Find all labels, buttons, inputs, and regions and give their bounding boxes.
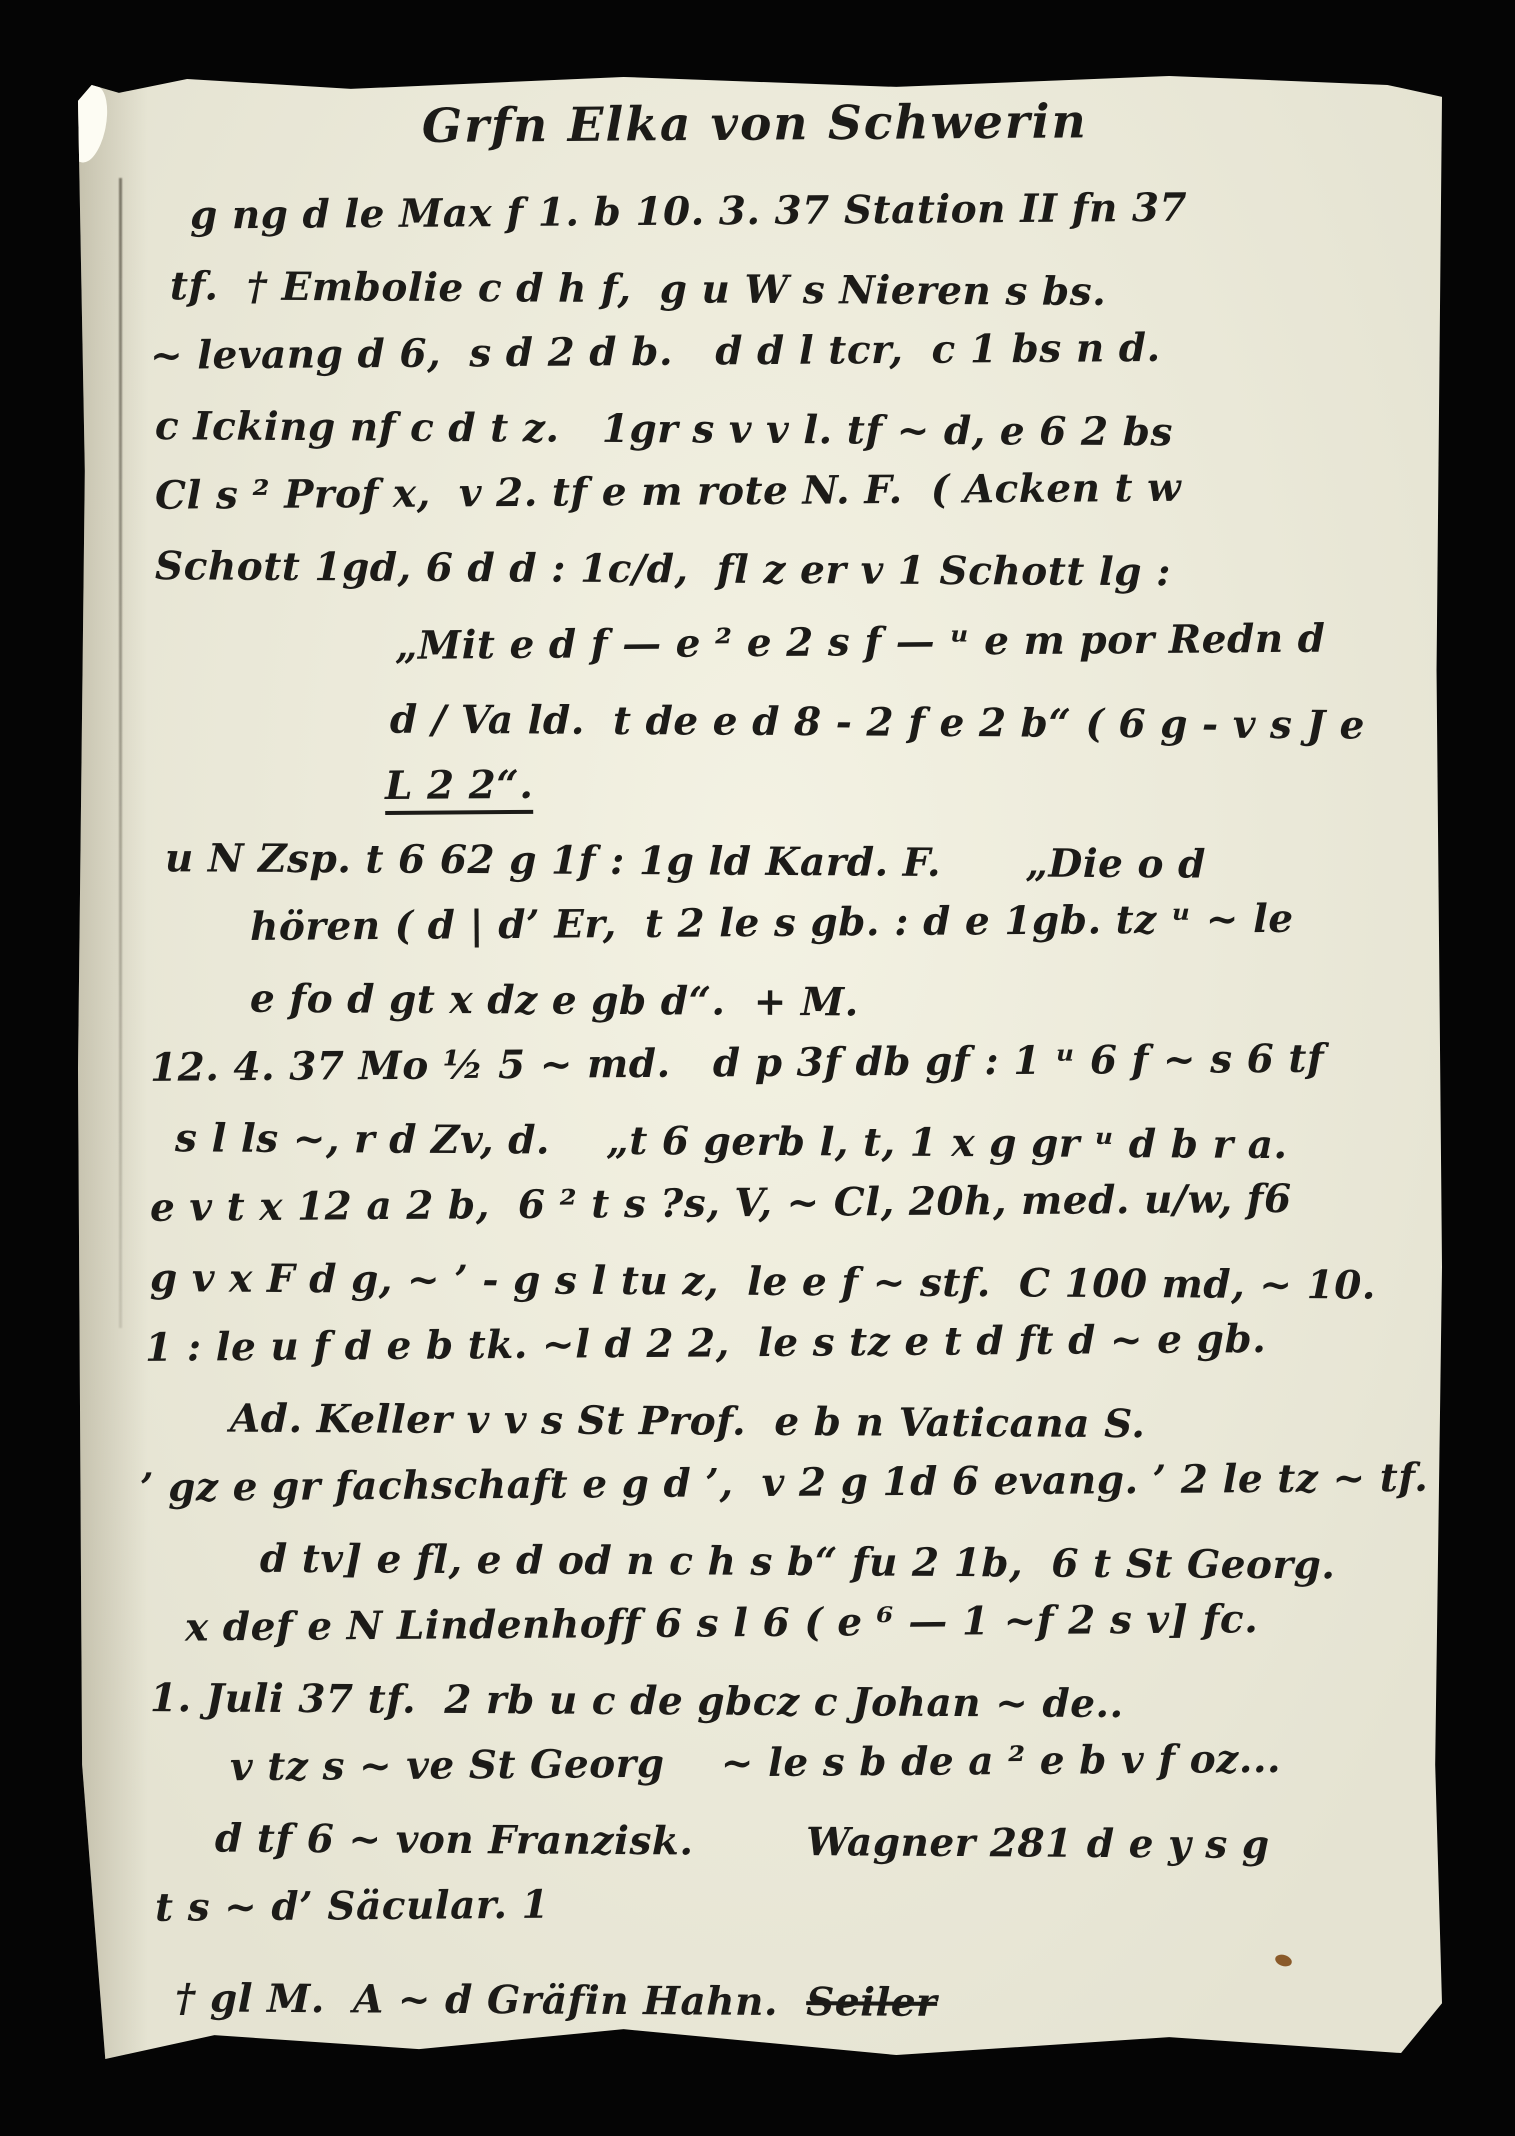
manuscript-line-text: 1 : le u f d e b tk. ~l d 2 2, le s tz e…	[145, 1316, 1267, 1371]
manuscript-line-text: „Mit e d f — e ² e 2 s f — ᵘ e m por Red…	[395, 616, 1326, 669]
manuscript-line-text: Schott 1gd, 6 d d : 1c/d, fl z er v 1 Sc…	[155, 543, 1171, 595]
manuscript-line-text: d / Va ld. t de e d 8 ‑ 2 f e 2 b“ ( 6 g…	[390, 697, 1365, 749]
manuscript-line-text: d tv] e fl, e d od n c h s b“ fu 2 1b, 6…	[260, 1536, 1336, 1589]
manuscript-paper: Grfn Elka von Schwerin g ng d le Max f 1…	[78, 73, 1442, 2063]
manuscript-line: 1 : le u f d e b tk. ~l d 2 2, le s tz e…	[130, 1303, 1417, 1383]
manuscript-line: g ng d le Max f 1. b 10. 3. 37 Station I…	[130, 171, 1417, 251]
manuscript-line-text: 1. Juli 37 tf. 2 rb u c de gbcz c Johan …	[150, 1675, 1124, 1727]
manuscript-line-text: s l ls ~, r d Zv, d. „t 6 gerb l, t, 1 x…	[175, 1115, 1288, 1168]
torn-paper-edge	[64, 82, 115, 166]
manuscript-line-text: hören ( d | d’ Er, t 2 le s gb. : d e 1g…	[250, 896, 1294, 950]
manuscript-line-text: d tf 6 ~ von Franzisk. Wagner 281 d e y …	[215, 1816, 1270, 1868]
manuscript-line-text: tf. † Embolie c d h f, g u W s Nieren s …	[170, 263, 1107, 315]
manuscript-lines: g ng d le Max f 1. b 10. 3. 37 Station I…	[130, 181, 1416, 2033]
struck-word: Seiler	[806, 1979, 937, 2026]
manuscript-line-text: t s ~ d’ Säcular. 1	[155, 1882, 550, 1931]
manuscript-line-text: v tz s ~ ve St Georg ~ le s b de a ² e b…	[230, 1736, 1281, 1790]
manuscript-line-text: Cl s ² Prof x, v 2. tf e m rote N. F. ( …	[155, 465, 1182, 519]
manuscript-line-text: ’ gz e gr fachschaft e g d ’, v 2 g 1d 6…	[140, 1455, 1429, 1511]
manuscript-line: ~ levang d 6, s d 2 d b. d d l tcr, c 1 …	[130, 311, 1417, 391]
manuscript-line: „Mit e d f — e ² e 2 s f — ᵘ e m por Red…	[130, 603, 1417, 683]
manuscript-line: † gl M. A ~ d Gräfin Hahn. Seiler	[130, 1963, 1416, 2041]
manuscript-line-text: c Icking nf c d t z. 1gr s v v l. tf ~ d…	[155, 403, 1173, 455]
manuscript-line-text: g ng d le Max f 1. b 10. 3. 37 Station I…	[190, 185, 1188, 239]
manuscript-line: ’ gz e gr fachschaft e g d ’, v 2 g 1d 6…	[130, 1443, 1417, 1523]
manuscript-line-text: x def e N Lindenhoff 6 s l 6 ( e ⁶ — 1 ~…	[185, 1596, 1259, 1650]
manuscript-content: Grfn Elka von Schwerin g ng d le Max f 1…	[130, 89, 1416, 2033]
manuscript-line-text: g v x F d g, ~ ’ ‑ g s l tu z, le e f ~ …	[150, 1255, 1376, 1308]
manuscript-line: Cl s ² Prof x, v 2. tf e m rote N. F. ( …	[130, 451, 1417, 531]
manuscript-line: L 2 2“.	[130, 743, 1417, 823]
manuscript-line: Schott 1gd, 6 d d : 1c/d, fl z er v 1 Sc…	[130, 531, 1416, 609]
manuscript-line: hören ( d | d’ Er, t 2 le s gb. : d e 1g…	[130, 883, 1417, 963]
manuscript-line-text: u N Zsp. t 6 62 g 1f : 1g ld Kard. F. „D…	[165, 835, 1206, 887]
manuscript-line: v tz s ~ ve St Georg ~ le s b de a ² e b…	[130, 1723, 1417, 1803]
manuscript-line-text: e v t x 12 a 2 b, 6 ² t s ?s, V, ~ Cl, 2…	[150, 1176, 1292, 1231]
manuscript-line-text: ~ levang d 6, s d 2 d b. d d l tcr, c 1 …	[150, 325, 1161, 379]
manuscript-line-text: e fo d gt x dz e gb d“. + M.	[250, 976, 859, 1026]
manuscript-title: Grfn Elka von Schwerin	[130, 80, 1417, 181]
manuscript-line-text: 12. 4. 37 Mo ½ 5 ~ md. d p 3f db gf : 1 …	[150, 1036, 1325, 1091]
manuscript-line: e v t x 12 a 2 b, 6 ² t s ?s, V, ~ Cl, 2…	[130, 1163, 1417, 1243]
page-crease-line	[119, 178, 122, 1328]
manuscript-line-text: † gl M. A ~ d Gräfin Hahn.	[175, 1975, 806, 2025]
manuscript-line-text: Ad. Keller v v s St Prof. e b n Vaticana…	[230, 1396, 1146, 1448]
scanned-page-frame: Grfn Elka von Schwerin g ng d le Max f 1…	[0, 0, 1515, 2136]
manuscript-line-text: L 2 2“.	[385, 762, 534, 815]
manuscript-line: 12. 4. 37 Mo ½ 5 ~ md. d p 3f db gf : 1 …	[130, 1023, 1417, 1103]
manuscript-line: x def e N Lindenhoff 6 s l 6 ( e ⁶ — 1 ~…	[130, 1583, 1417, 1663]
manuscript-line: t s ~ d’ Säcular. 1	[130, 1863, 1417, 1943]
